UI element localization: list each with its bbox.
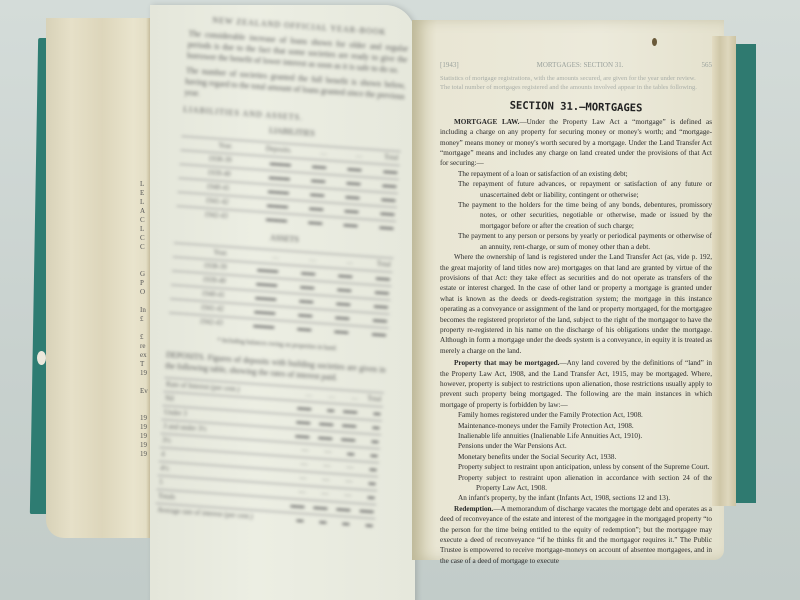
right-page-stack <box>712 36 736 506</box>
property-mortgaged-paragraph: Property that may be mortgaged.—Any land… <box>440 358 712 410</box>
right-page-content: [1943] MORTGAGES: SECTION 31. 565 Statis… <box>440 60 712 566</box>
turning-page-content: NEW ZEALAND OFFICIAL YEAR-BOOK The consi… <box>154 13 409 538</box>
page-number: 565 <box>702 60 713 70</box>
running-head-title: MORTGAGES: SECTION 31. <box>537 60 624 70</box>
redemption-heading: Redemption. <box>454 505 493 513</box>
mortgage-law-paragraph: MORTGAGE LAW.—Under the Property Law Act… <box>440 117 712 169</box>
cover-sticker <box>37 351 46 365</box>
deposits-heading: DEPOSITS. <box>166 350 206 362</box>
page-stain <box>652 38 657 46</box>
list-item: The repayment of a loan or satisfaction … <box>440 169 712 179</box>
list-item: Property subject to restraint upon antic… <box>440 462 712 472</box>
list-item: Property subject to restraint upon alien… <box>440 473 712 494</box>
book-cover-right <box>734 45 756 503</box>
list-item: An infant's property, by the infant (Inf… <box>440 493 712 503</box>
list-item: Maintenance-moneys under the Family Prot… <box>440 421 712 431</box>
forbidden-list: Family homes registered under the Family… <box>440 410 712 504</box>
mortgage-law-heading: MORTGAGE LAW. <box>454 118 519 126</box>
running-head-year: [1943] <box>440 60 459 70</box>
running-head: [1943] MORTGAGES: SECTION 31. 565 <box>440 60 712 70</box>
deposits-table: Rate of Interest (per cent.)………Total Nil… <box>155 377 384 532</box>
list-item: The payment to any person or persons by … <box>440 231 712 252</box>
list-item: Family homes registered under the Family… <box>440 410 712 420</box>
list-item: The repayment of future advances, or rep… <box>440 179 712 200</box>
liabilities-table: Year. Deposits. …… Total 1938-39▬▬▬▬▬▬▬▬… <box>176 136 401 235</box>
property-mortgaged-heading: Property that may be mortgaged. <box>454 359 559 367</box>
section-title: SECTION 31.—MORTGAGES <box>440 100 712 116</box>
list-item: Monetary benefits under the Social Secur… <box>440 452 712 462</box>
assets-table: Year. ……… Total 1938-39▬▬▬▬▬▬▬▬▬ 1939-40… <box>168 242 393 341</box>
turning-page[interactable]: NEW ZEALAND OFFICIAL YEAR-BOOK The consi… <box>150 5 415 600</box>
land-transfer-paragraph: Where the ownership of land is registere… <box>440 252 712 356</box>
list-item: Pensions under the War Pensions Act. <box>440 441 712 451</box>
redemption-paragraph: Redemption.—A memorandum of discharge va… <box>440 504 712 566</box>
securing-list: The repayment of a loan or satisfaction … <box>440 169 712 252</box>
faded-text: Statistics of mortgage registrations, wi… <box>440 74 712 92</box>
list-item: Inalienable life annuities (Inalienable … <box>440 431 712 441</box>
list-item: The payment to the holders for the time … <box>440 200 712 231</box>
